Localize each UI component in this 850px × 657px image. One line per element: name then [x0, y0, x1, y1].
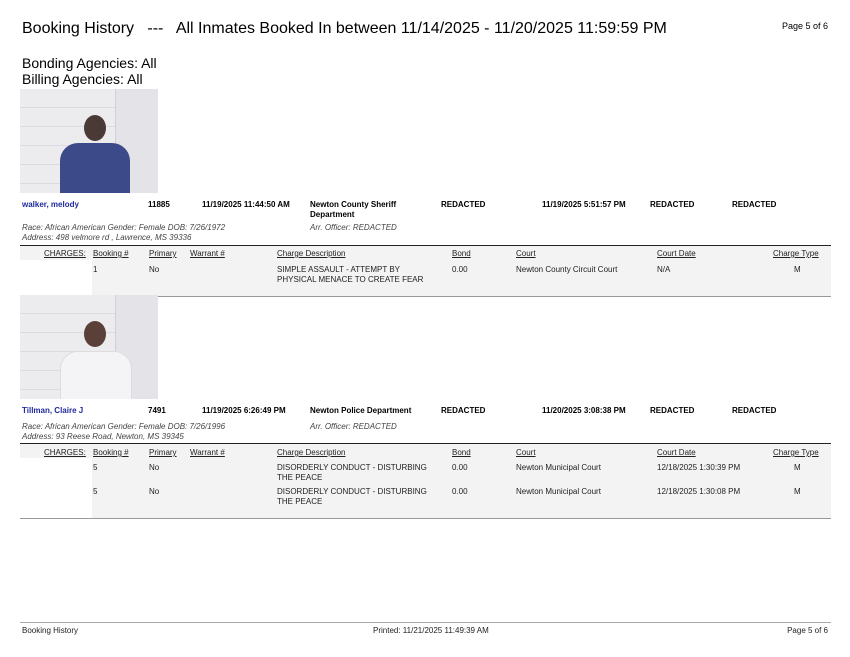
charge-primary: No	[149, 463, 159, 473]
agency-line2: Department	[310, 210, 354, 219]
footer-divider	[20, 622, 831, 623]
col-description: Charge Description	[277, 448, 345, 458]
charge-court-date: 12/18/2025 1:30:39 PM	[657, 463, 740, 473]
report-title: Booking History --- All Inmates Booked I…	[22, 20, 667, 38]
booking-number: 7491	[148, 406, 166, 415]
charge-description: DISORDERLY CONDUCT - DISTURBING	[277, 487, 427, 497]
demographics: Race: African American Gender: Female DO…	[22, 223, 225, 233]
charge-court: Newton County Circuit Court	[516, 265, 617, 275]
inmate-name[interactable]: walker, melody	[22, 200, 79, 209]
inmate-photo	[20, 295, 158, 399]
address: Address: 93 Reese Road, Newton, MS 39345	[22, 432, 184, 442]
redacted-field: REDACTED	[650, 406, 694, 415]
address: Address: 498 velmore rd , Lawrence, MS 3…	[22, 233, 191, 243]
charges-table: CHARGES: Booking # Primary Warrant # Cha…	[20, 245, 831, 297]
page-indicator: Page 5 of 6	[782, 21, 828, 31]
charge-court: Newton Municipal Court	[516, 463, 601, 473]
charge-description-cont: PHYSICAL MENACE TO CREATE FEAR	[277, 275, 423, 285]
charge-type: M	[794, 487, 801, 497]
booking-number: 11885	[148, 200, 170, 209]
arresting-officer: Arr. Officer: REDACTED	[310, 422, 397, 432]
col-court: Court	[516, 249, 536, 259]
redacted-field: REDACTED	[650, 200, 694, 209]
col-bond: Bond	[452, 448, 471, 458]
col-warrant: Warrant #	[190, 448, 225, 458]
inmate-photo	[20, 89, 158, 193]
col-court-date: Court Date	[657, 448, 696, 458]
footer-printed: Printed: 11/21/2025 11:49:39 AM	[373, 626, 489, 635]
charge-booking: 5	[93, 463, 97, 473]
redacted-field: REDACTED	[732, 200, 776, 209]
col-court: Court	[516, 448, 536, 458]
demographics: Race: African American Gender: Female DO…	[22, 422, 225, 432]
charge-description: DISORDERLY CONDUCT - DISTURBING	[277, 463, 427, 473]
col-description: Charge Description	[277, 249, 345, 259]
col-booking: Booking #	[93, 249, 129, 259]
agency-line1: Newton County Sheriff	[310, 200, 396, 209]
bonding-agencies: Bonding Agencies: All	[22, 55, 157, 71]
agency-line1: Newton Police Department	[310, 406, 411, 415]
charge-type: M	[794, 265, 801, 275]
released-at: 11/20/2025 3:08:38 PM	[542, 406, 626, 415]
booked-at: 11/19/2025 11:44:50 AM	[202, 200, 290, 209]
charge-type: M	[794, 463, 801, 473]
charge-description-cont: THE PEACE	[277, 473, 322, 483]
booked-at: 11/19/2025 6:26:49 PM	[202, 406, 286, 415]
charge-booking: 5	[93, 487, 97, 497]
col-primary: Primary	[149, 448, 177, 458]
inmate-name[interactable]: Tillman, Claire J	[22, 406, 83, 415]
col-bond: Bond	[452, 249, 471, 259]
col-primary: Primary	[149, 249, 177, 259]
charge-booking: 1	[93, 265, 97, 275]
col-charge-type: Charge Type	[773, 249, 819, 259]
charge-bond: 0.00	[452, 265, 468, 275]
charges-table: CHARGES: Booking # Primary Warrant # Cha…	[20, 443, 831, 519]
charge-court-date: 12/18/2025 1:30:08 PM	[657, 487, 740, 497]
charge-bond: 0.00	[452, 487, 468, 497]
released-at: 11/19/2025 5:51:57 PM	[542, 200, 626, 209]
billing-agencies: Billing Agencies: All	[22, 71, 157, 87]
charge-description: SIMPLE ASSAULT - ATTEMPT BY	[277, 265, 400, 275]
charge-description-cont: THE PEACE	[277, 497, 322, 507]
charge-court-date: N/A	[657, 265, 670, 275]
charge-primary: No	[149, 265, 159, 275]
col-charge-type: Charge Type	[773, 448, 819, 458]
agency-filters: Bonding Agencies: All Billing Agencies: …	[22, 55, 157, 87]
charges-label: CHARGES:	[44, 448, 86, 458]
col-court-date: Court Date	[657, 249, 696, 259]
col-warrant: Warrant #	[190, 249, 225, 259]
redacted-field: REDACTED	[441, 200, 485, 209]
footer-page: Page 5 of 6	[787, 626, 828, 635]
charges-label: CHARGES:	[44, 249, 86, 259]
charge-bond: 0.00	[452, 463, 468, 473]
redacted-field: REDACTED	[441, 406, 485, 415]
charge-court: Newton Municipal Court	[516, 487, 601, 497]
charge-primary: No	[149, 487, 159, 497]
redacted-field: REDACTED	[732, 406, 776, 415]
arresting-officer: Arr. Officer: REDACTED	[310, 223, 397, 233]
col-booking: Booking #	[93, 448, 129, 458]
footer-report-name: Booking History	[22, 626, 78, 635]
